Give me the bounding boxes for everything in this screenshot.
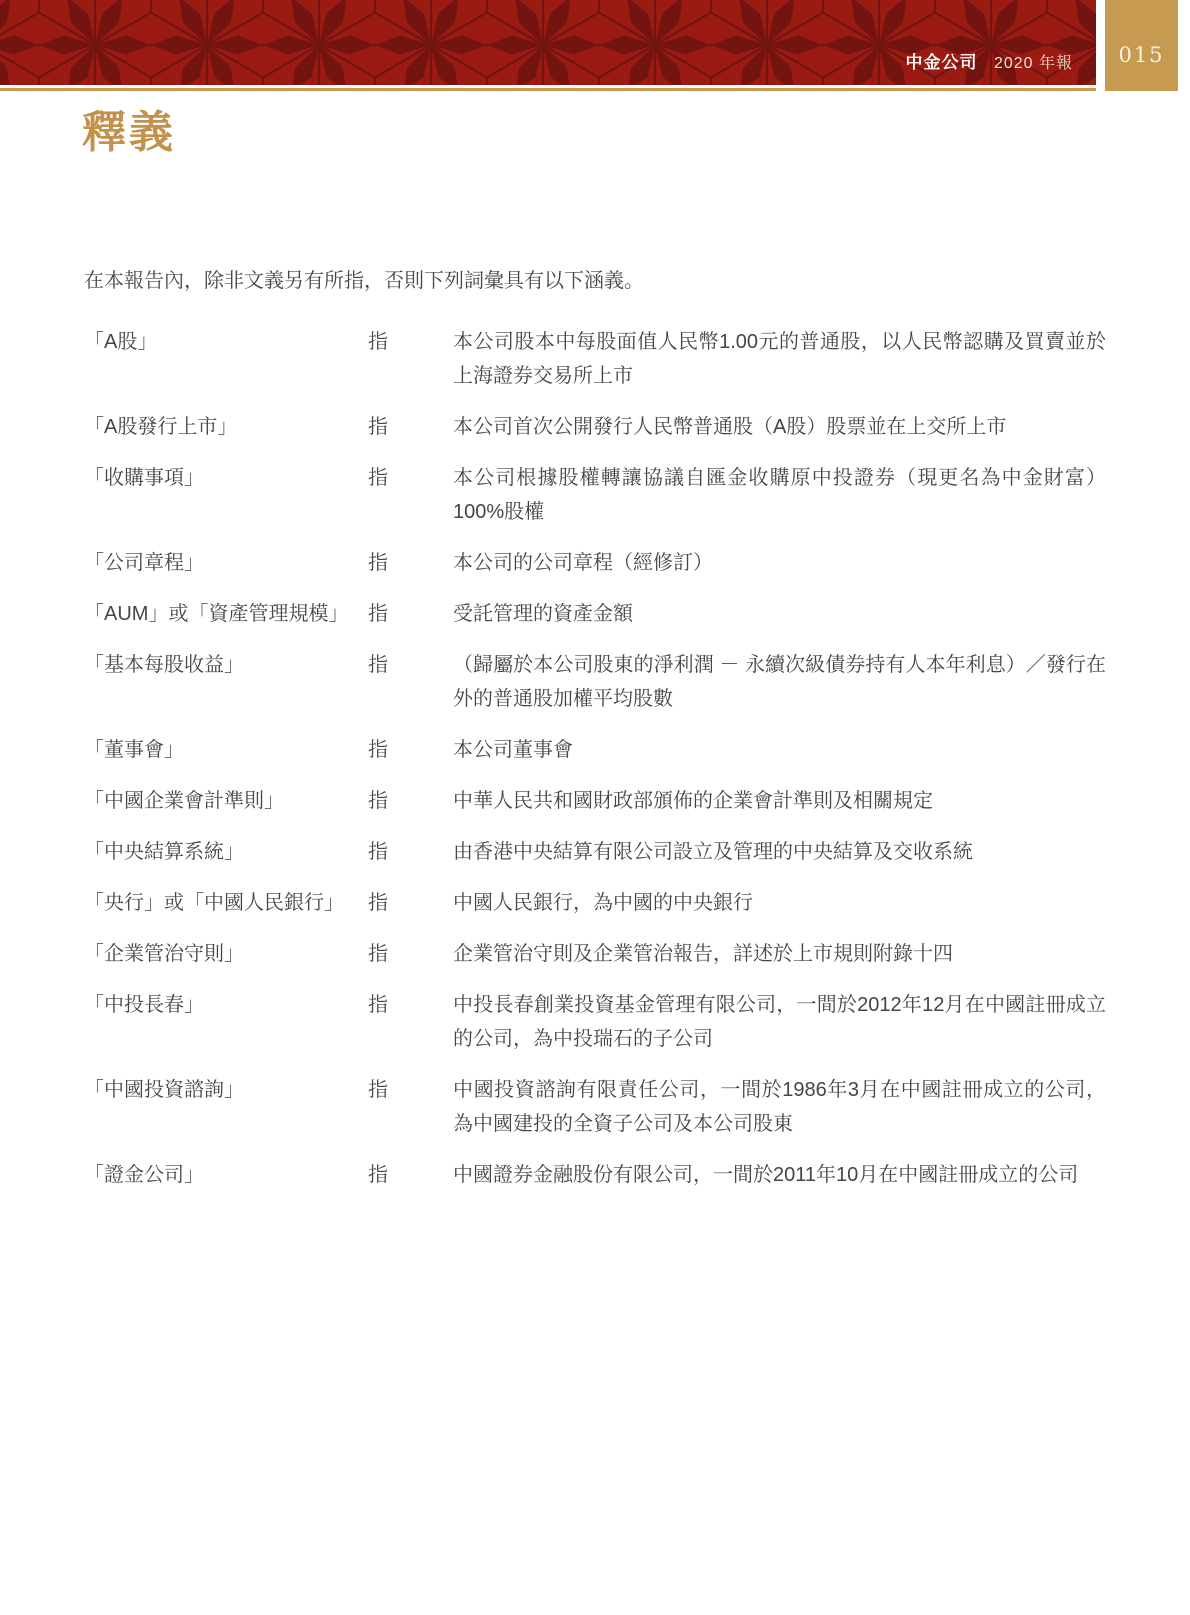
term-label: 「收購事項」	[84, 461, 368, 529]
term-label: 「公司章程」	[84, 546, 368, 580]
definition-text: 中華人民共和國財政部頒佈的企業會計準則及相關規定	[453, 784, 1106, 818]
company-name: 中金公司	[906, 53, 978, 72]
definition-text: 中國證券金融股份有限公司，一間於2011年10月在中國註冊成立的公司	[453, 1158, 1106, 1192]
definition-row: 「央行」或「中國人民銀行」 指 中國人民銀行，為中國的中央銀行	[84, 886, 1106, 920]
term-label: 「中央結算系統」	[84, 835, 368, 869]
term-label: 「中國企業會計準則」	[84, 784, 368, 818]
page-number: 015	[1118, 43, 1164, 67]
header-banner: 中金公司 2020 年報	[0, 0, 1096, 85]
term-label: 「A股」	[84, 325, 368, 393]
connector-label: 指	[368, 886, 453, 920]
term-label: 「董事會」	[84, 733, 368, 767]
definition-row: 「基本每股收益」 指 （歸屬於本公司股東的淨利潤 － 永續次級債券持有人本年利息…	[84, 648, 1106, 716]
definition-row: 「A股發行上市」 指 本公司首次公開發行人民幣普通股（A股）股票並在上交所上市	[84, 410, 1106, 444]
definitions-list: 「A股」 指 本公司股本中每股面值人民幣1.00元的普通股，以人民幣認購及買賣並…	[84, 325, 1106, 1209]
connector-label: 指	[368, 461, 453, 529]
connector-label: 指	[368, 1073, 453, 1141]
term-label: 「A股發行上市」	[84, 410, 368, 444]
definition-text: 受託管理的資產金額	[453, 597, 1106, 631]
connector-label: 指	[368, 597, 453, 631]
intro-text: 在本報告內，除非文義另有所指，否則下列詞彙具有以下涵義。	[84, 264, 644, 298]
definition-row: 「公司章程」 指 本公司的公司章程（經修訂）	[84, 546, 1106, 580]
definition-row: 「董事會」 指 本公司董事會	[84, 733, 1106, 767]
term-label: 「企業管治守則」	[84, 937, 368, 971]
connector-label: 指	[368, 835, 453, 869]
term-label: 「中投長春」	[84, 988, 368, 1056]
term-label: 「基本每股收益」	[84, 648, 368, 716]
definition-row: 「證金公司」 指 中國證券金融股份有限公司，一間於2011年10月在中國註冊成立…	[84, 1158, 1106, 1192]
connector-label: 指	[368, 937, 453, 971]
connector-label: 指	[368, 546, 453, 580]
definition-text: 中投長春創業投資基金管理有限公司，一間於2012年12月在中國註冊成立的公司，為…	[453, 988, 1106, 1056]
connector-label: 指	[368, 648, 453, 716]
definition-text: 本公司董事會	[453, 733, 1106, 767]
definition-row: 「企業管治守則」 指 企業管治守則及企業管治報告，詳述於上市規則附錄十四	[84, 937, 1106, 971]
term-label: 「中國投資諮詢」	[84, 1073, 368, 1141]
page-title: 釋義	[82, 96, 176, 160]
page-number-badge: 015	[1105, 0, 1178, 91]
definition-row: 「A股」 指 本公司股本中每股面值人民幣1.00元的普通股，以人民幣認購及買賣並…	[84, 325, 1106, 393]
connector-label: 指	[368, 784, 453, 818]
definition-row: 「中投長春」 指 中投長春創業投資基金管理有限公司，一間於2012年12月在中國…	[84, 988, 1106, 1056]
definition-text: 中國投資諮詢有限責任公司，一間於1986年3月在中國註冊成立的公司，為中國建投的…	[453, 1073, 1106, 1141]
term-label: 「AUM」或「資產管理規模」	[84, 597, 368, 631]
report-edition: 2020 年報	[994, 55, 1073, 72]
term-label: 「證金公司」	[84, 1158, 368, 1192]
connector-label: 指	[368, 325, 453, 393]
definition-row: 「中國投資諮詢」 指 中國投資諮詢有限責任公司，一間於1986年3月在中國註冊成…	[84, 1073, 1106, 1141]
definition-text: 企業管治守則及企業管治報告，詳述於上市規則附錄十四	[453, 937, 1106, 971]
definition-text: （歸屬於本公司股東的淨利潤 － 永續次級債券持有人本年利息）／發行在外的普通股加…	[453, 648, 1106, 716]
term-label: 「央行」或「中國人民銀行」	[84, 886, 368, 920]
definition-row: 「中央結算系統」 指 由香港中央結算有限公司設立及管理的中央結算及交收系統	[84, 835, 1106, 869]
connector-label: 指	[368, 988, 453, 1056]
definition-text: 中國人民銀行，為中國的中央銀行	[453, 886, 1106, 920]
definition-row: 「AUM」或「資產管理規模」 指 受託管理的資產金額	[84, 597, 1106, 631]
definition-row: 「收購事項」 指 本公司根據股權轉讓協議自匯金收購原中投證券（現更名為中金財富）…	[84, 461, 1106, 529]
connector-label: 指	[368, 733, 453, 767]
report-page: 中金公司 2020 年報 015 釋義 在本報告內，除非文義另有所指，否則下列詞…	[0, 0, 1190, 1615]
definition-text: 本公司股本中每股面值人民幣1.00元的普通股，以人民幣認購及買賣並於上海證券交易…	[453, 325, 1106, 393]
definition-row: 「中國企業會計準則」 指 中華人民共和國財政部頒佈的企業會計準則及相關規定	[84, 784, 1106, 818]
header-text: 中金公司 2020 年報	[906, 48, 1074, 73]
connector-label: 指	[368, 1158, 453, 1192]
definition-text: 由香港中央結算有限公司設立及管理的中央結算及交收系統	[453, 835, 1106, 869]
definition-text: 本公司的公司章程（經修訂）	[453, 546, 1106, 580]
connector-label: 指	[368, 410, 453, 444]
header-gold-rule	[0, 88, 1096, 91]
definition-text: 本公司首次公開發行人民幣普通股（A股）股票並在上交所上市	[453, 410, 1106, 444]
definition-text: 本公司根據股權轉讓協議自匯金收購原中投證券（現更名為中金財富）100%股權	[453, 461, 1106, 529]
